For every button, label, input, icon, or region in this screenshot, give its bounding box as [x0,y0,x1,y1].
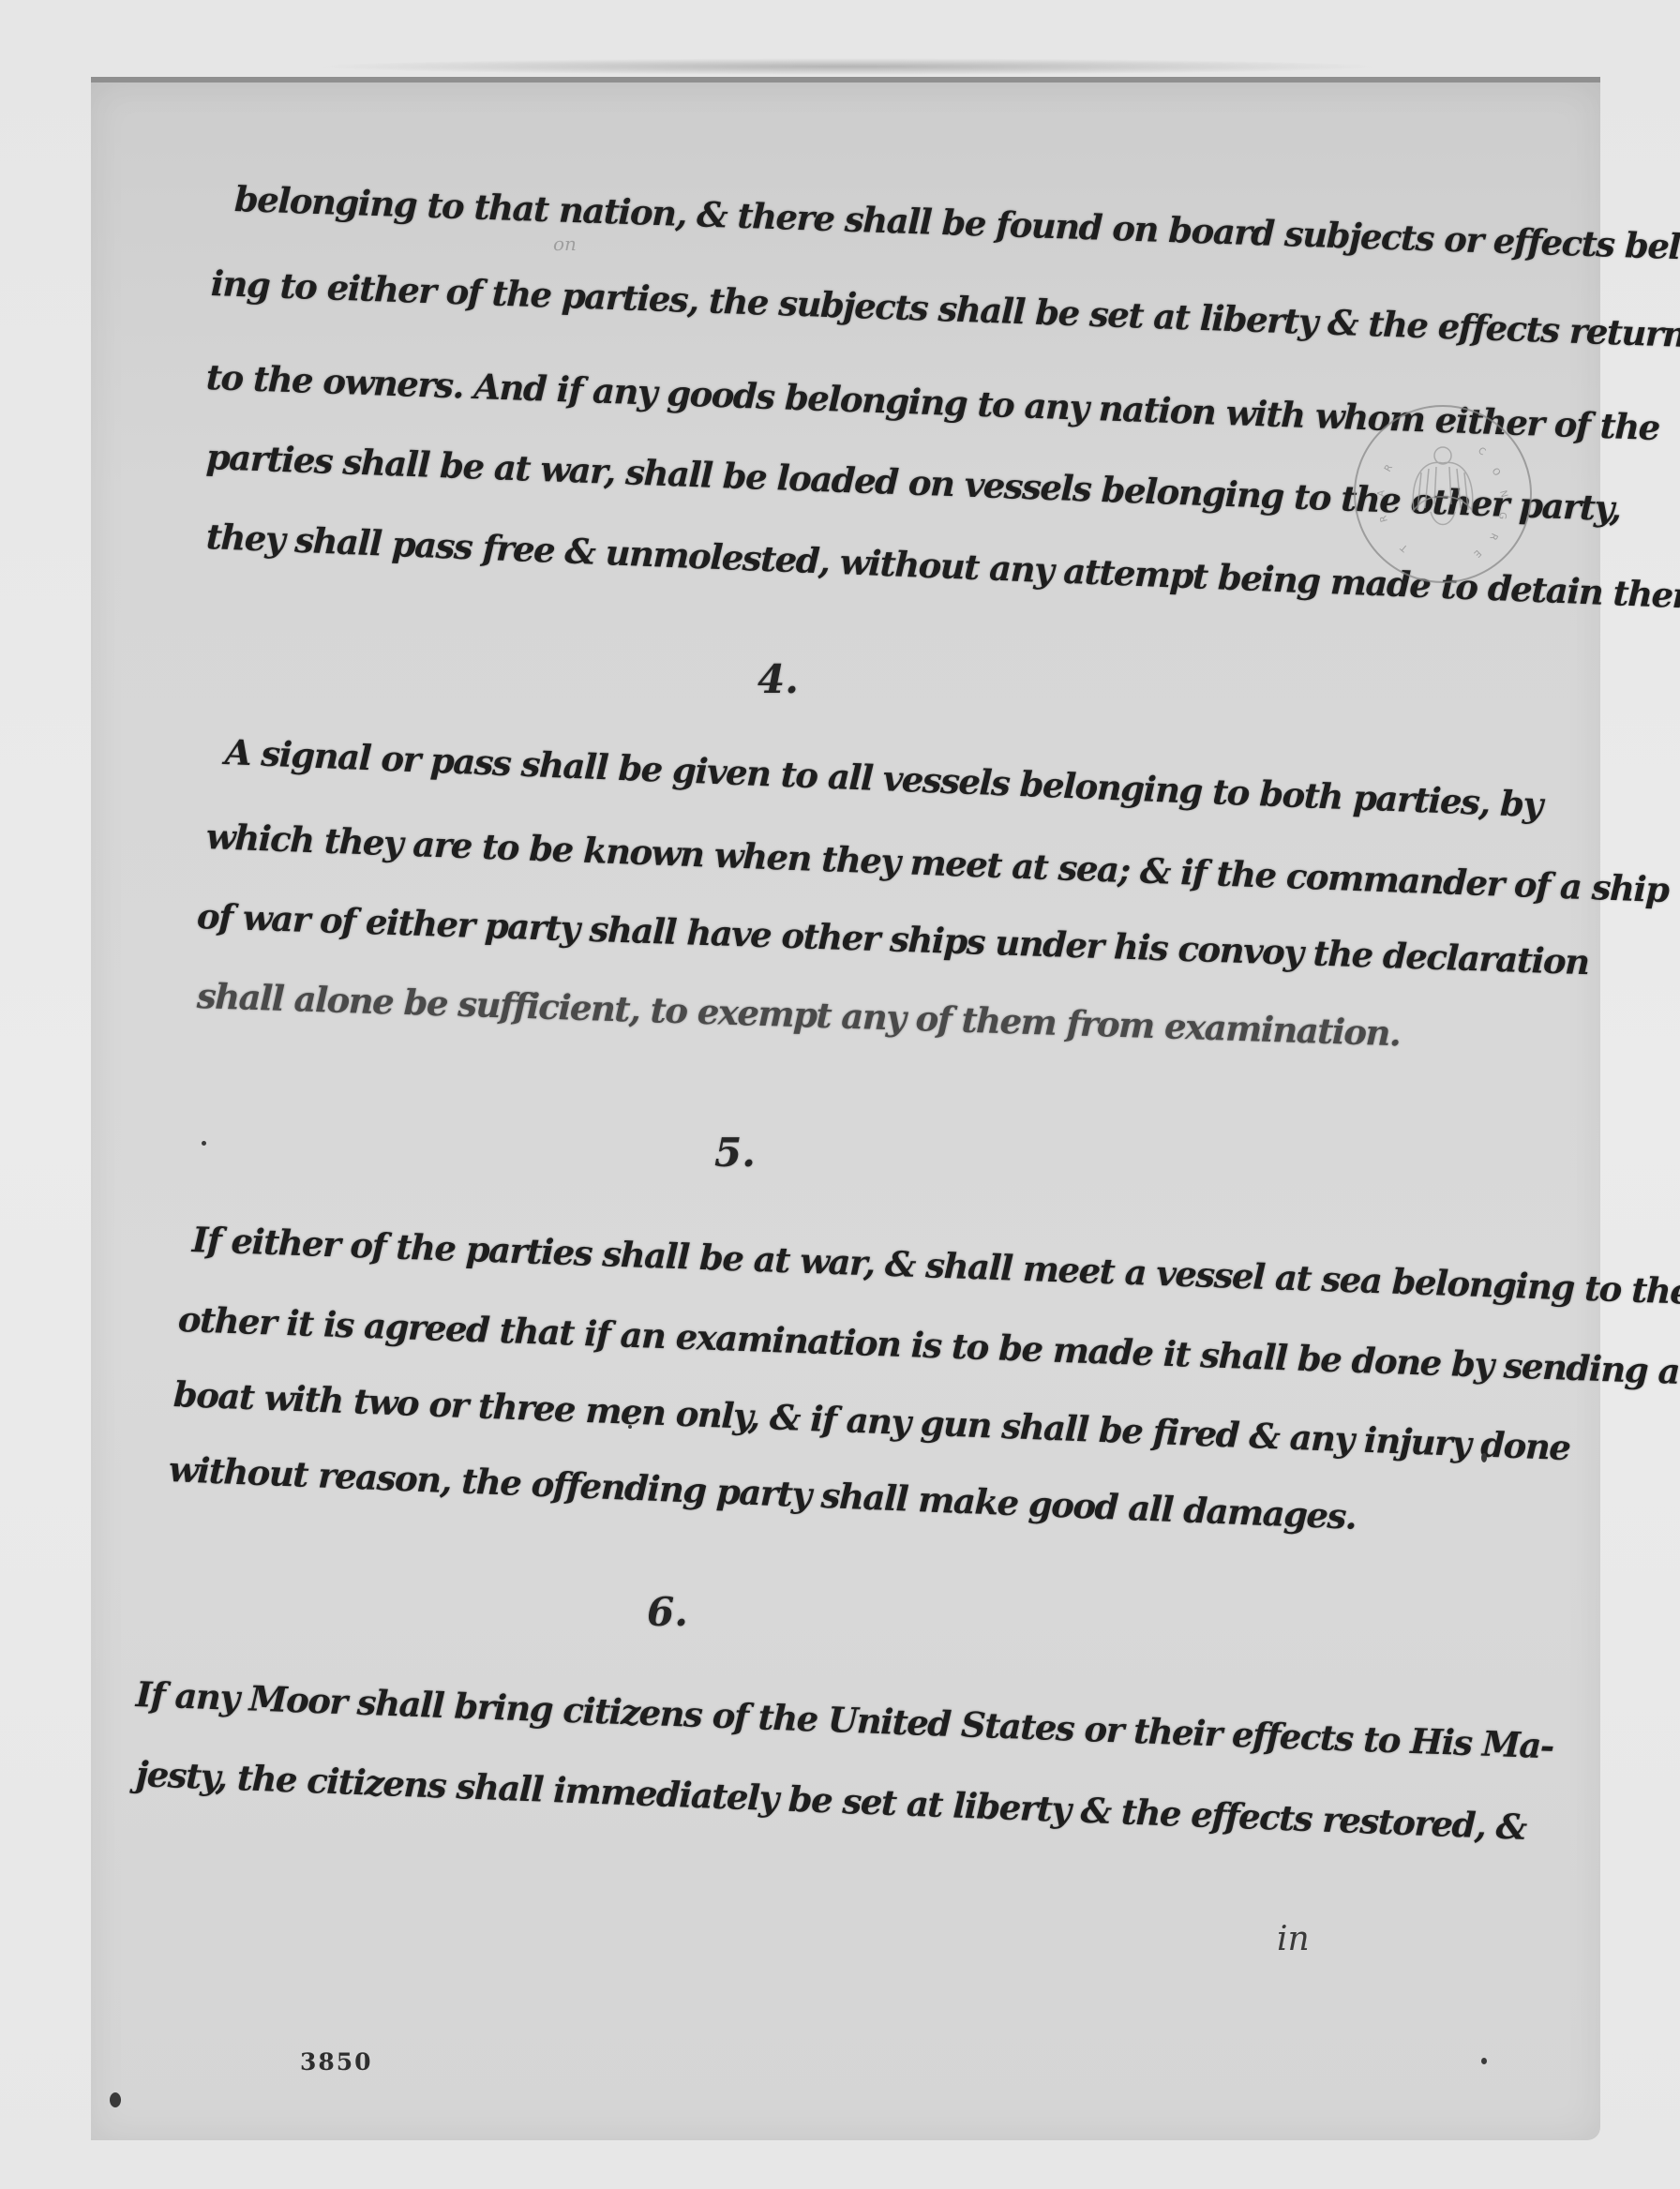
ink-speck [1481,2058,1487,2064]
page-number: 3850 [300,2048,373,2076]
library-stamp: C O N G R E R A R T [1354,405,1532,583]
svg-text:C: C [1476,445,1487,457]
svg-text:E: E [1471,547,1482,559]
interlinear-note: on [553,232,577,255]
ink-speck [628,1425,632,1429]
paper-edge-shadow [309,58,1387,75]
svg-text:R: R [1487,532,1499,542]
svg-text:G: G [1496,512,1507,520]
ink-blot [110,2092,121,2107]
article-number: 6. [647,1589,688,1635]
svg-text:T: T [1398,541,1410,554]
svg-text:O: O [1490,466,1503,478]
svg-text:N: N [1497,489,1509,499]
ink-speck [1481,1453,1487,1462]
svg-text:R: R [1383,463,1395,474]
svg-text:R: R [1378,514,1389,523]
article-number: 4. [757,656,799,702]
catchword: in [1277,1920,1310,1958]
eagle-emblem-icon: C O N G R E R A R T [1356,407,1530,581]
article-number: 5. [714,1130,756,1176]
svg-text:A: A [1376,489,1387,497]
ink-speck [202,1141,206,1146]
